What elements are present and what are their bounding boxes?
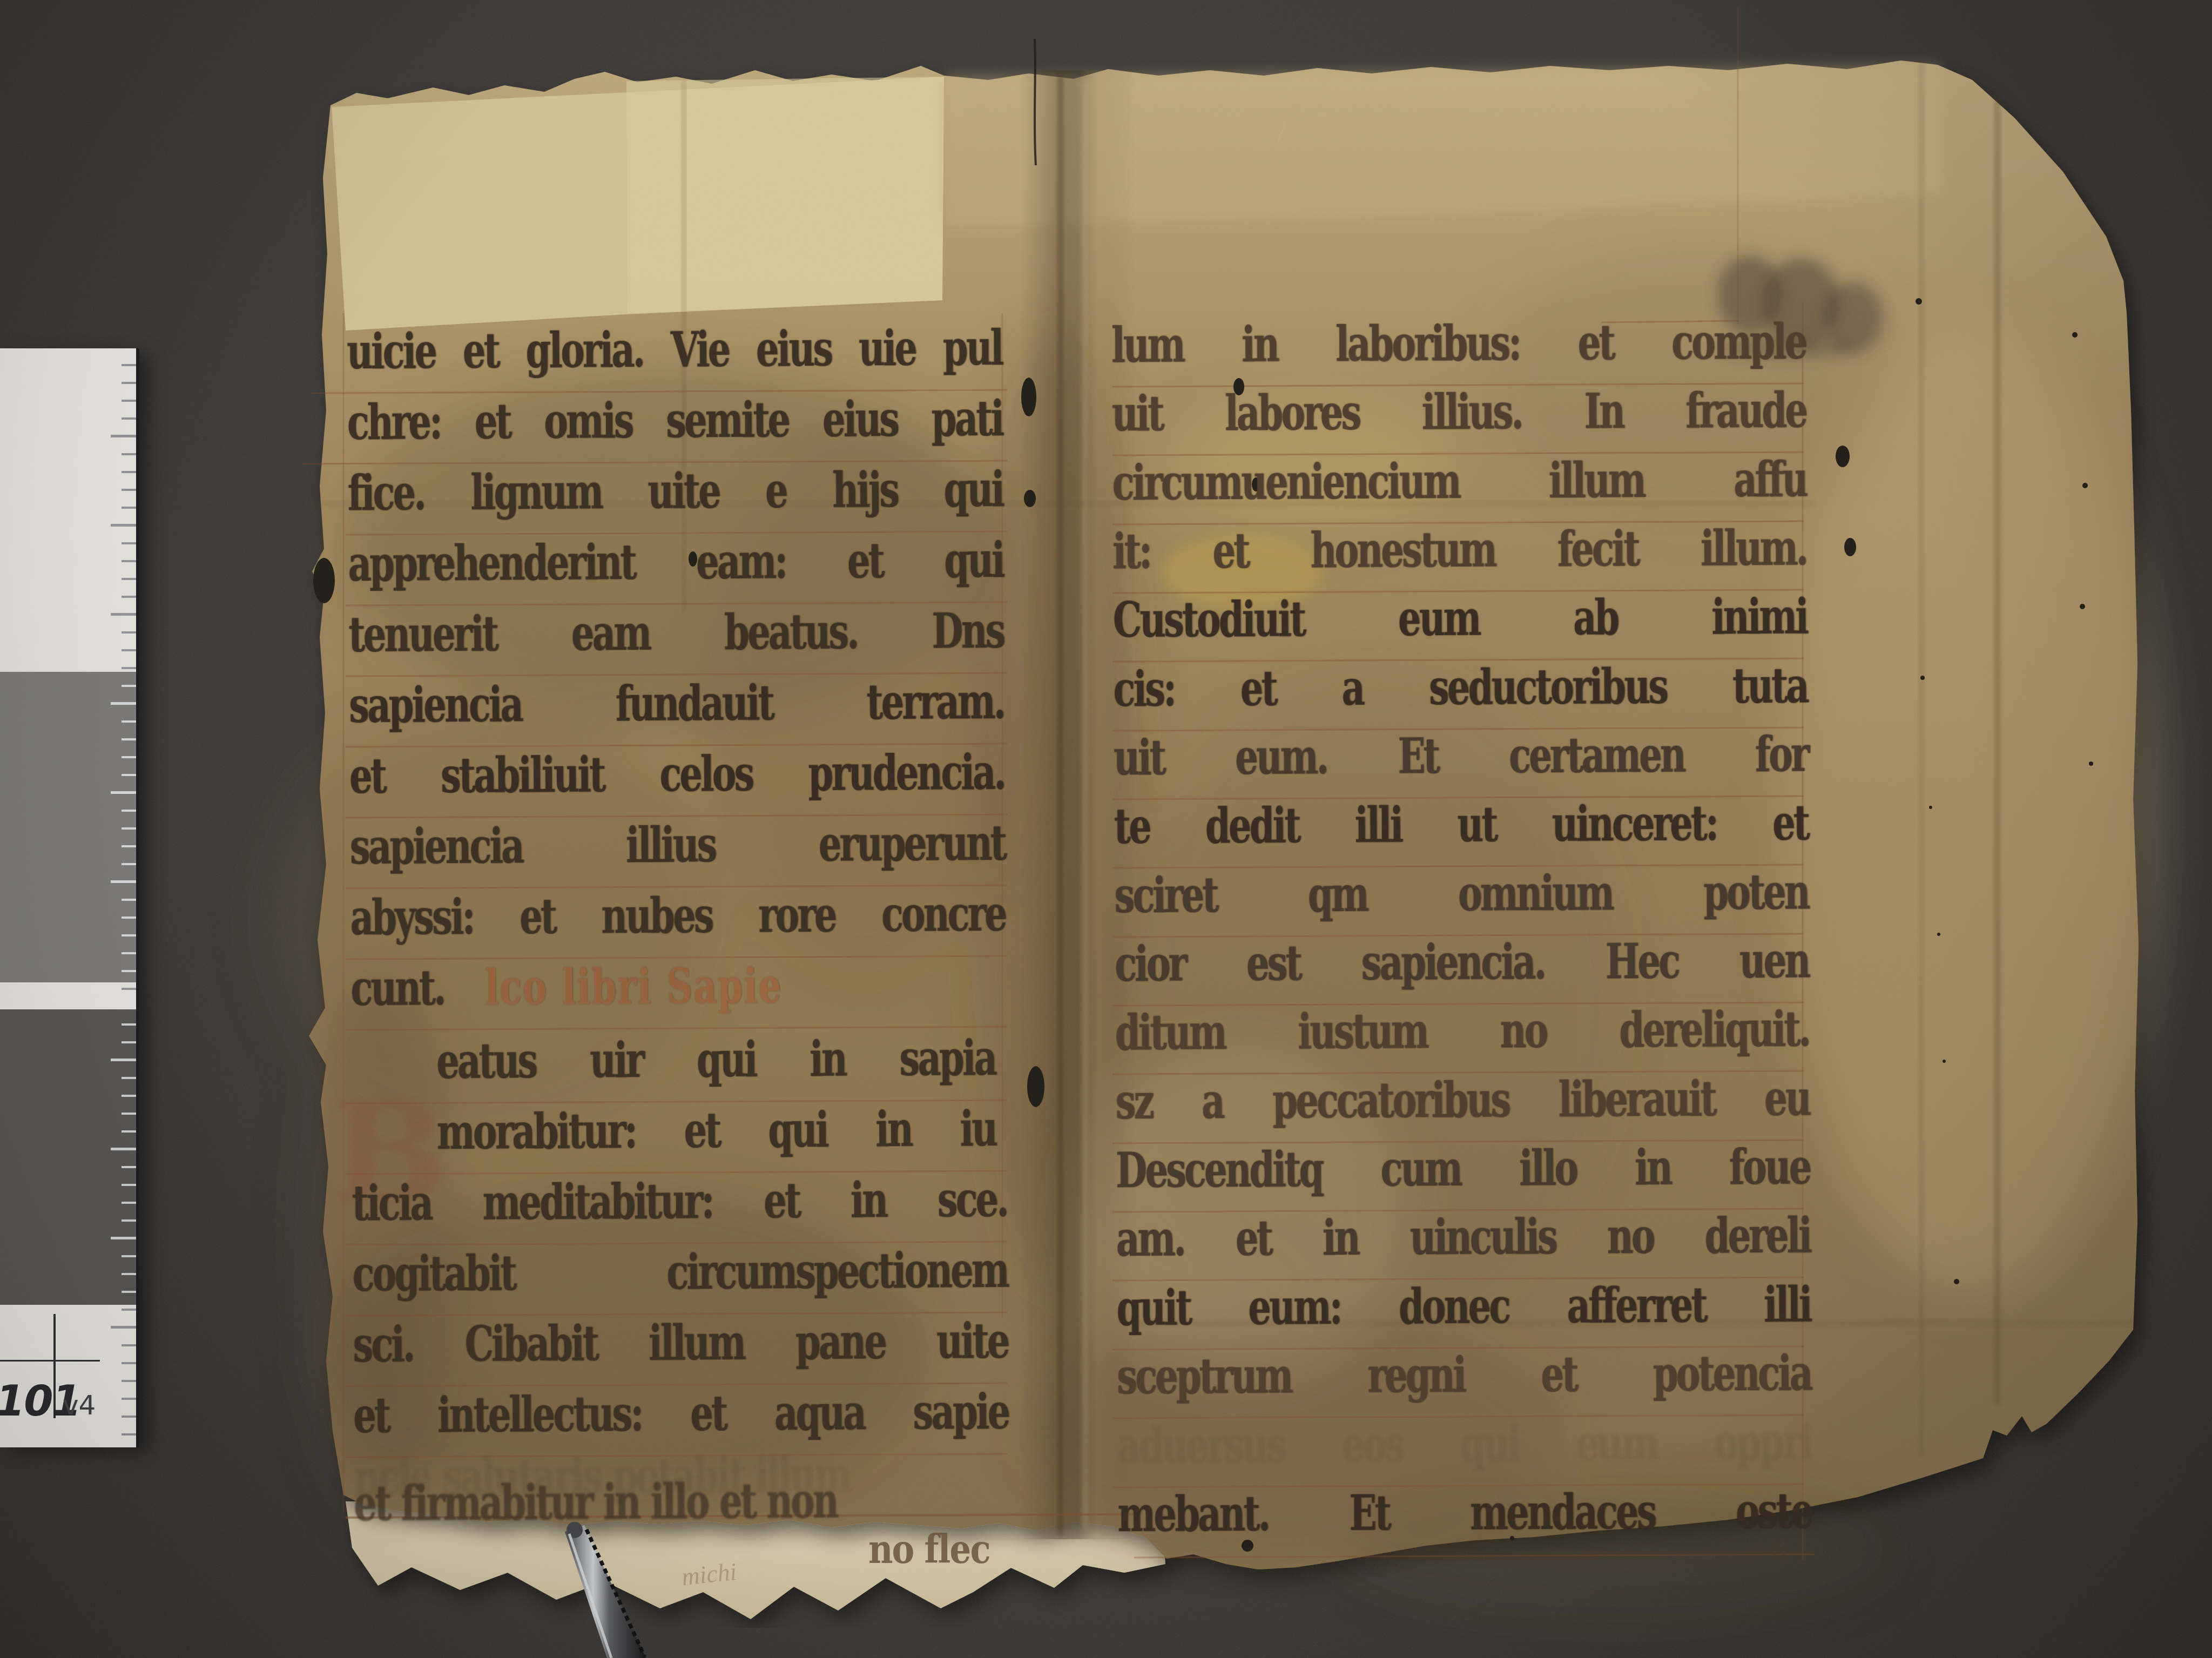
color-scale-card: 101 v4 — [0, 348, 139, 1447]
text-line: sci. Cibabit illum pane uite — [353, 1316, 1008, 1394]
corner-quire-mark: ij — [1770, 1537, 1787, 1563]
text-line: ticia meditabitur: et in sce. — [352, 1175, 1008, 1252]
ruler-tick-strip — [111, 1305, 136, 1447]
ruler-tick-strip — [111, 982, 136, 1009]
text-line: fice. lignum uite e hijs qui — [348, 464, 1003, 542]
ruler-tick-strip — [111, 1009, 136, 1305]
right-page-text-column: lum in laboribus: et comple uit labores … — [1111, 325, 1890, 1625]
text-line: sapiencia fundauit terram. — [349, 677, 1004, 754]
text-line: Custodiuit eum ab inimi — [1113, 591, 1808, 669]
text-line: sceptrum regni et potencia — [1117, 1348, 1811, 1425]
text-line: cunt.lco libri Sapie — [350, 960, 1006, 1037]
text-line: apprehenderint eam: et qui — [348, 535, 1003, 613]
text-line: abyssi: et nubes rore concre — [350, 889, 1006, 967]
card-rule-line — [0, 1360, 100, 1362]
text-line: cogitabit circumspectionem — [352, 1245, 1008, 1323]
left-page-text-column: uicie et gloria. Vie eius uie pul chre: … — [347, 331, 1082, 1577]
cursive-scribble: michi — [680, 1557, 738, 1591]
text-line: et stabiliuit celos prudencia. — [349, 747, 1005, 825]
text-line: mebant. Et mendaces oste — [1117, 1486, 1812, 1563]
text-line: uit labores illius. In fraude — [1112, 385, 1806, 462]
text-line: morabitur: et qui in iu — [437, 1104, 996, 1181]
rubric-text: lco libri Sapie — [485, 958, 783, 1016]
text-line: tenuerit eam beatus. Dns — [348, 606, 1004, 684]
text-line: eatus uir qui in sapia — [436, 1033, 996, 1110]
text-line: am. et in uinculis no dereli — [1116, 1210, 1811, 1288]
text-line: ditum iustum no dereliquit. — [1115, 1004, 1810, 1081]
text-line: chre: et omis semite eius pati — [347, 394, 1003, 471]
ruler-tick-strip — [111, 672, 136, 982]
text-line: te dedit illi ut uinceret: et — [1114, 798, 1809, 875]
photograph-stage: 101 v4 uicie et gloria. Vie eius uie pul… — [0, 0, 2212, 1658]
text-line: sapiencia illius eruperunt — [350, 818, 1006, 896]
scale-version: v4 — [63, 1390, 96, 1421]
text-line: uicie et gloria. Vie eius uie pul — [347, 323, 1002, 401]
torn-bottom-line-fragment: no flec — [868, 1526, 990, 1573]
ruler-tick-strip — [111, 348, 136, 672]
text-line-end: cunt. — [350, 960, 444, 1017]
